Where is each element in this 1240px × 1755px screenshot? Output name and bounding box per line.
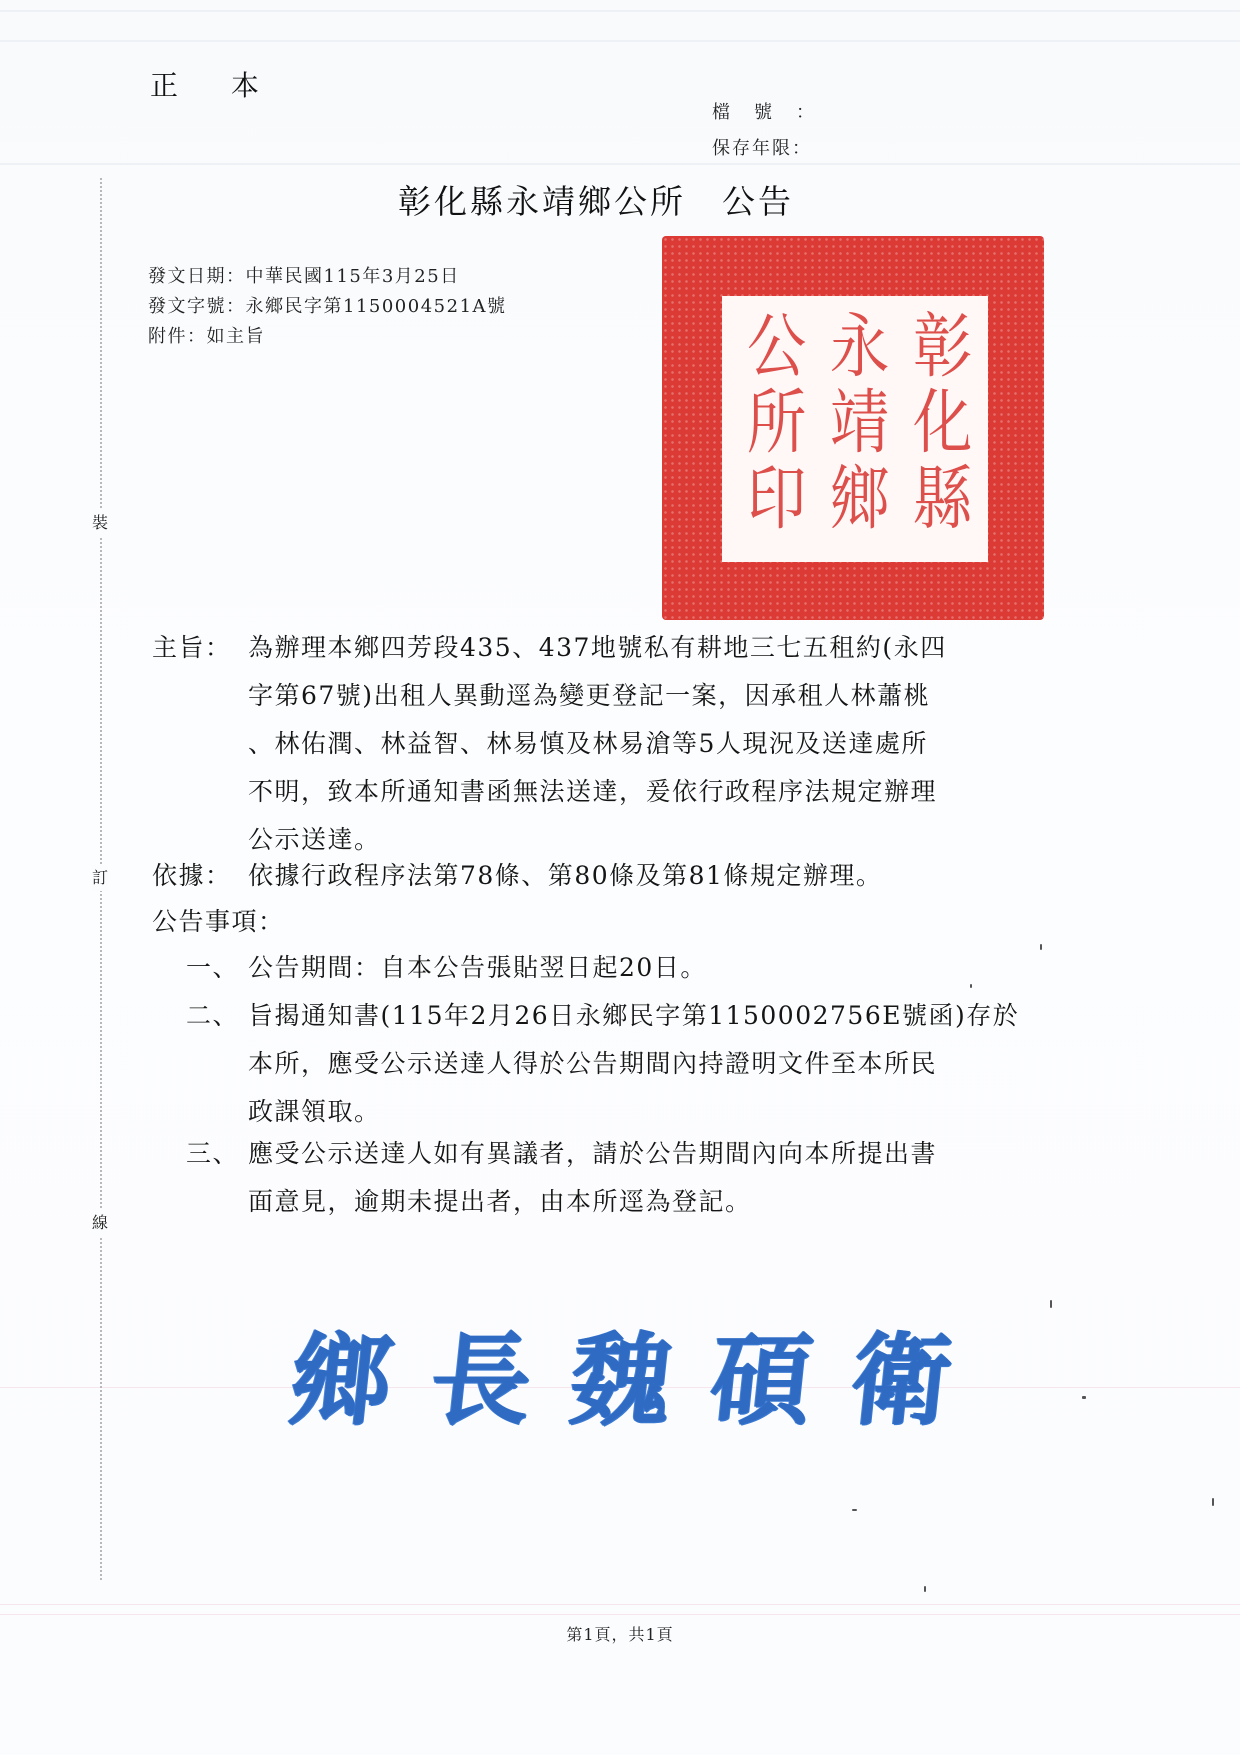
scan-line bbox=[0, 1614, 1240, 1615]
subject-line: 為辦理本鄉四芳段435、437地號私有耕地三七五租約(永四 bbox=[248, 624, 1098, 672]
scan-speck bbox=[1040, 944, 1042, 950]
item-content: 旨揭通知書(115年2月26日永鄉民字第1150002756E號函)存於 本所，… bbox=[248, 992, 1098, 1136]
mayor-signature-stamp: 鄉長魏碩衛 bbox=[284, 1300, 999, 1444]
item-line: 面意見，逾期未提出者，由本所逕為登記。 bbox=[248, 1178, 1098, 1226]
scan-speck bbox=[852, 1509, 857, 1511]
document-page: 裝 訂 線 正 本 檔號： 保存年限： 彰化縣永靖鄉公所 公告 發文日期：中華民… bbox=[0, 0, 1240, 1755]
file-number-label: 檔號： bbox=[712, 98, 838, 124]
scan-speck bbox=[1050, 1300, 1052, 1308]
item-line: 應受公示送達人如有異議者，請於公告期間內向本所提出書 bbox=[248, 1130, 1098, 1178]
scan-speck bbox=[970, 984, 972, 988]
subject-label: 主旨： bbox=[152, 624, 232, 672]
item-number: 二、 bbox=[186, 992, 239, 1040]
issue-info: 發文日期：中華民國115年3月25日 發文字號：永鄉民字第1150004521A… bbox=[148, 262, 507, 352]
seal-char: 彰化縣 bbox=[905, 309, 971, 537]
basis-label: 依據： bbox=[152, 852, 232, 900]
subject-line: 不明，致本所通知書函無法送達，爰依行政程序法規定辦理 bbox=[248, 768, 1098, 816]
scan-speck bbox=[1212, 1498, 1214, 1506]
announcement-heading: 公告事項： bbox=[152, 898, 285, 946]
item-line: 本所，應受公示送達人得於公告期間內持證明文件至本所民 bbox=[248, 1040, 1098, 1088]
scan-speck bbox=[1082, 1396, 1086, 1399]
seal-column: 彰化縣 bbox=[905, 309, 971, 549]
subject-line: 字第67號)出租人異動逕為變更登記一案，因承租人林蕭桃 bbox=[248, 672, 1098, 720]
scan-line bbox=[0, 40, 1240, 42]
scan-line bbox=[0, 1604, 1240, 1605]
original-copy-mark: 正 本 bbox=[150, 64, 281, 104]
scan-line bbox=[0, 163, 1240, 165]
binding-label-line: 線 bbox=[92, 1210, 108, 1236]
issue-date: 發文日期：中華民國115年3月25日 bbox=[148, 262, 507, 292]
seal-column: 公所印 bbox=[739, 309, 805, 549]
seal-char: 永靖鄉 bbox=[822, 309, 888, 537]
scan-speck bbox=[924, 1586, 926, 1592]
item-line: 旨揭通知書(115年2月26日永鄉民字第1150002756E號函)存於 bbox=[248, 992, 1098, 1040]
binding-label-bind: 裝 bbox=[92, 510, 108, 536]
attachment-note: 附件：如主旨 bbox=[148, 322, 507, 352]
item-number: 三、 bbox=[186, 1130, 239, 1178]
official-seal-stamp: 彰化縣 永靖鄉 公所印 bbox=[662, 236, 1044, 620]
subject-content: 為辦理本鄉四芳段435、437地號私有耕地三七五租約(永四 字第67號)出租人異… bbox=[248, 624, 1098, 864]
seal-column: 永靖鄉 bbox=[822, 309, 888, 549]
document-title: 彰化縣永靖鄉公所 公告 bbox=[398, 176, 794, 223]
seal-inscription: 彰化縣 永靖鄉 公所印 bbox=[722, 296, 988, 562]
basis-content: 依據行政程序法第78條、第80條及第81條規定辦理。 bbox=[248, 852, 1098, 900]
basis-text: 依據行政程序法第78條、第80條及第81條規定辦理。 bbox=[248, 852, 1098, 900]
scan-line bbox=[0, 10, 1240, 12]
page-indicator: 第1頁，共1頁 bbox=[0, 1622, 1240, 1645]
retention-period-label: 保存年限： bbox=[712, 134, 812, 160]
item-line: 政課領取。 bbox=[248, 1088, 1098, 1136]
subject-line: 、林佑潤、林益智、林易慎及林易滄等5人現況及送達處所 bbox=[248, 720, 1098, 768]
binding-label-staple: 訂 bbox=[92, 865, 108, 891]
seal-char: 公所印 bbox=[739, 309, 805, 537]
item-content: 應受公示送達人如有異議者，請於公告期間內向本所提出書 面意見，逾期未提出者，由本… bbox=[248, 1130, 1098, 1226]
item-number: 一、 bbox=[186, 944, 239, 992]
issue-reference-number: 發文字號：永鄉民字第1150004521A號 bbox=[148, 292, 507, 322]
